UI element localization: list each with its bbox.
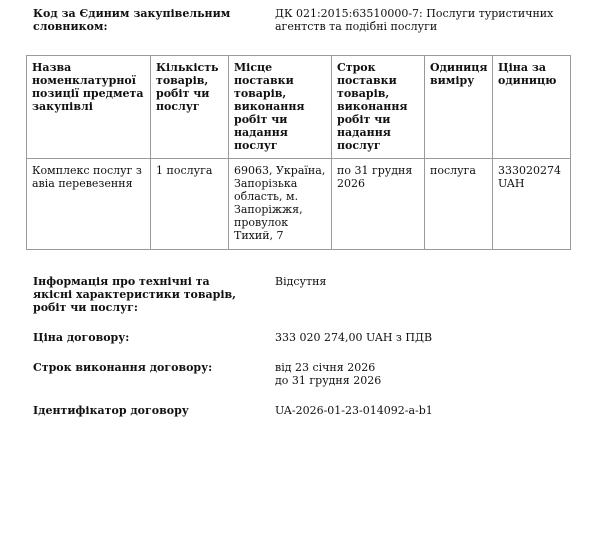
tech-info-value: Відсутня	[275, 275, 575, 288]
items-table: Назва номенклатурної позиції предмета за…	[26, 55, 571, 250]
contract-id-label: Ідентифікатор договору	[33, 404, 248, 417]
contract-term-from: від 23 січня 2026	[275, 361, 575, 374]
cell-unit-price: 333020274 UAH	[493, 159, 571, 250]
header-unit-price: Ціна за одиницю	[493, 56, 571, 159]
cpv-label: Код за Єдиним закупівельним словником:	[33, 7, 253, 33]
cell-delivery-term: по 31 грудня 2026	[332, 159, 425, 250]
cpv-value: ДК 021:2015:63510000-7: Послуги туристич…	[275, 7, 575, 33]
header-unit: Одиниця виміру	[425, 56, 493, 159]
contract-term-label: Строк виконання договору:	[33, 361, 248, 374]
contract-price-label: Ціна договору:	[33, 331, 248, 344]
table-row: Комплекс послуг з авіа перевезення 1 пос…	[27, 159, 571, 250]
cell-delivery-place: 69063, Україна, Запорізька область, м. З…	[229, 159, 332, 250]
cell-unit: послуга	[425, 159, 493, 250]
contract-id-value: UA-2026-01-23-014092-a-b1	[275, 404, 575, 417]
header-delivery-term: Строк поставки товарів, виконання робіт …	[332, 56, 425, 159]
contract-term-to: до 31 грудня 2026	[275, 374, 575, 387]
cell-item-name: Комплекс послуг з авіа перевезення	[27, 159, 151, 250]
contract-term-value: від 23 січня 2026 до 31 грудня 2026	[275, 361, 575, 387]
contract-price-value: 333 020 274,00 UAH з ПДВ	[275, 331, 575, 344]
header-quantity: Кількість товарів, робіт чи послуг	[151, 56, 229, 159]
table-header-row: Назва номенклатурної позиції предмета за…	[27, 56, 571, 159]
header-delivery-place: Місце поставки товарів, виконання робіт …	[229, 56, 332, 159]
tech-info-label: Інформація про технічні та якісні характ…	[33, 275, 248, 314]
cell-quantity: 1 послуга	[151, 159, 229, 250]
header-item-name: Назва номенклатурної позиції предмета за…	[27, 56, 151, 159]
